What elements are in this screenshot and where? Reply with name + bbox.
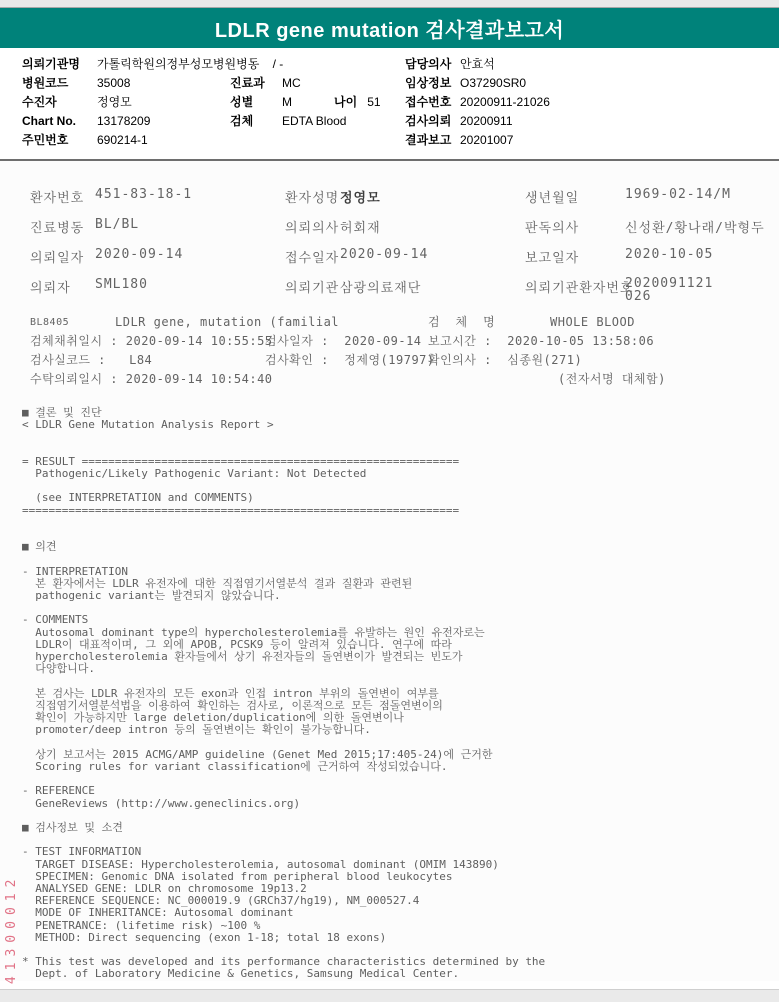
hospital-info-row: Chart No. 13178209 검체 EDTA Blood 검사의뢰 20… xyxy=(22,112,779,131)
field-label-patient-name: 환자성명 xyxy=(285,187,340,206)
test-date: 검사일자 : 2020-09-14 xyxy=(265,332,428,351)
field-label-specimen: 검체 xyxy=(230,112,282,131)
field-label-result-report-date: 결과보고 xyxy=(405,131,460,150)
field-label-referring-doctor: 의뢰의사 xyxy=(285,217,340,236)
hospital-info-row: 병원코드 35008 진료과 MC 임상정보 O37290SR0 xyxy=(22,74,779,93)
field-label-verify: 검사확인 : xyxy=(265,353,329,367)
field-label-collect: 검체채취일시 : xyxy=(30,334,118,348)
field-label-request: 수탁의뢰일시 : xyxy=(30,372,118,386)
field-value-institution-patient-no: 2020091121026 xyxy=(625,277,715,303)
field-value-hospital-code: 35008 xyxy=(97,74,230,93)
field-label-receipt-date: 접수일자 xyxy=(285,247,340,266)
field-value-receipt-no: 20200911-21026 xyxy=(460,93,779,112)
hospital-info-row: 수진자 정영모 성별 M나이51 접수번호 20200911-21026 xyxy=(22,93,779,112)
field-value-age: 51 xyxy=(367,95,380,109)
field-value-verify: 정제영(19797) xyxy=(344,353,434,367)
field-value-patient-name: 정영모 xyxy=(340,187,525,206)
field-label-report-time: 보고시간 : xyxy=(428,334,492,348)
field-label-test-request-date: 검사의뢰 xyxy=(405,112,460,131)
patient-info-section: 환자번호 451-83-18-1 환자성명 정영모 생년월일 1969-02-1… xyxy=(0,161,779,307)
patient-info-row: 의뢰자 SML180 의뢰기관 삼광의료재단 의뢰기관환자번호 20200911… xyxy=(30,277,779,307)
field-value-referring-doctor: 허회재 xyxy=(340,217,525,236)
field-label-attending-doctor: 담당의사 xyxy=(405,55,460,74)
field-value-requesting-institution: 삼광의료재단 xyxy=(340,277,525,296)
accession-number-vertical: 541300012 xyxy=(4,874,19,998)
field-label-sex: 성별 xyxy=(230,93,282,112)
field-label-requesting-institution: 의뢰기관 xyxy=(285,277,340,296)
field-value-collect: 2020-09-14 10:55:55 xyxy=(126,334,273,348)
field-value-requester: SML180 xyxy=(95,277,285,292)
field-label-ward: 진료병동 xyxy=(30,217,95,236)
field-label-resident-no: 주민번호 xyxy=(22,131,97,150)
field-label-test-date: 검사일자 : xyxy=(265,334,329,348)
specimen-row: 검체채취일시 : 2020-09-14 10:55:55 검사일자 : 2020… xyxy=(30,332,779,351)
field-value-ward: BL/BL xyxy=(95,217,285,232)
field-value-confirm: 심종원(271) xyxy=(507,353,582,367)
field-value-examinee: 정영모 xyxy=(97,93,230,112)
report-title-banner: LDLR gene mutation 검사결과보고서 xyxy=(0,8,779,48)
field-label-sample-name: 검 체 명 xyxy=(428,313,550,332)
field-value-birth-date: 1969-02-14/M xyxy=(625,187,779,202)
field-label-request-date: 의뢰일자 xyxy=(30,247,95,266)
field-label-examinee: 수진자 xyxy=(22,93,97,112)
field-value-test-request-date: 20200911 xyxy=(460,112,779,131)
field-label-hospital-code: 병원코드 xyxy=(22,74,97,93)
field-value-request: 2020-09-14 10:54:40 xyxy=(126,372,273,386)
patient-info-row: 진료병동 BL/BL 의뢰의사 허회재 판독의사 신성환/황나래/박형두 xyxy=(30,217,779,247)
field-label-lab-code: 검사실코드 : xyxy=(30,353,106,367)
field-label-age: 나이 xyxy=(334,95,357,109)
field-label-clinical-info: 임상정보 xyxy=(405,74,460,93)
field-value-sample-name: WHOLE BLOOD xyxy=(550,313,779,332)
field-value-chart-no: 13178209 xyxy=(97,112,230,131)
report-time: 보고시간 : 2020-10-05 13:58:06 xyxy=(428,332,779,351)
page-title: LDLR gene mutation 검사결과보고서 xyxy=(215,14,564,43)
field-value-report-time: 2020-10-05 13:58:06 xyxy=(507,334,654,348)
field-value-reading-doctor: 신성환/황나래/박형두 xyxy=(625,217,779,236)
outsourcing-request-datetime: 수탁의뢰일시 : 2020-09-14 10:54:40 xyxy=(30,370,428,389)
field-label-institution-patient-no: 의뢰기관환자번호 xyxy=(525,277,625,296)
field-value-resident-no: 690214-1 xyxy=(97,131,230,150)
confirming-doctor: 확인의사 : 심종원(271) xyxy=(428,351,779,370)
scanned-report-area: 환자번호 451-83-18-1 환자성명 정영모 생년월일 1969-02-1… xyxy=(0,161,779,981)
lab-code: 검사실코드 : L84 xyxy=(30,351,265,370)
field-value-specimen: EDTA Blood xyxy=(282,112,405,131)
field-value-sex: M xyxy=(282,95,292,109)
field-label-report-date: 보고일자 xyxy=(525,247,625,266)
hospital-info-section: 의뢰기관명 가톨릭학원의정부성모병원병동 / - 담당의사 안효석 병원코드 3… xyxy=(0,48,779,155)
specimen-row: 검사실코드 : L84 검사확인 : 정제영(19797) 확인의사 : 심종원… xyxy=(30,351,779,370)
field-value-attending-doctor: 안효석 xyxy=(460,55,779,74)
specimen-section: BL8405 LDLR gene, mutation (familial 검 체… xyxy=(0,307,779,389)
bottom-strip xyxy=(0,989,779,1002)
report-body-text: ■ 결론 및 진단 < LDLR Gene Mutation Analysis … xyxy=(0,389,779,981)
electronic-signature-note: (전자서명 대체함) xyxy=(428,370,779,389)
field-value-report-date: 2020-10-05 xyxy=(625,247,779,262)
specimen-row: BL8405 LDLR gene, mutation (familial 검 체… xyxy=(30,313,779,332)
field-value-patient-no: 451-83-18-1 xyxy=(95,187,285,202)
field-label-chart-no: Chart No. xyxy=(22,112,97,131)
field-label-patient-no: 환자번호 xyxy=(30,187,95,206)
field-value-test-date: 2020-09-14 xyxy=(344,334,421,348)
field-label-birth-date: 생년월일 xyxy=(525,187,625,206)
field-value-lab-code: L84 xyxy=(129,353,152,367)
field-label-requesting-org: 의뢰기관명 xyxy=(22,55,97,74)
field-value-request-date: 2020-09-14 xyxy=(95,247,285,262)
field-value-requesting-org: 가톨릭학원의정부성모병원병동 / - xyxy=(97,55,405,74)
top-strip xyxy=(0,0,779,8)
patient-info-row: 환자번호 451-83-18-1 환자성명 정영모 생년월일 1969-02-1… xyxy=(30,187,779,217)
test-verifier: 검사확인 : 정제영(19797) xyxy=(265,351,428,370)
field-label-reading-doctor: 판독의사 xyxy=(525,217,625,236)
field-label-department: 진료과 xyxy=(230,74,282,93)
specimen-row: 수탁의뢰일시 : 2020-09-14 10:54:40 (전자서명 대체함) xyxy=(30,370,779,389)
field-label-receipt-no: 접수번호 xyxy=(405,93,460,112)
field-label-confirm: 확인의사 : xyxy=(428,353,492,367)
field-value-result-report-date: 20201007 xyxy=(460,131,779,150)
field-value-sex-age: M나이51 xyxy=(282,93,405,112)
test-code: BL8405 xyxy=(30,313,115,332)
hospital-info-row: 주민번호 690214-1 결과보고 20201007 xyxy=(22,131,779,150)
collect-datetime: 검체채취일시 : 2020-09-14 10:55:55 xyxy=(30,332,265,351)
field-value-department: MC xyxy=(282,74,405,93)
field-value-receipt-date: 2020-09-14 xyxy=(340,247,525,262)
hospital-info-row: 의뢰기관명 가톨릭학원의정부성모병원병동 / - 담당의사 안효석 xyxy=(22,55,779,74)
patient-info-row: 의뢰일자 2020-09-14 접수일자 2020-09-14 보고일자 202… xyxy=(30,247,779,277)
field-label-requester: 의뢰자 xyxy=(30,277,95,296)
test-name: LDLR gene, mutation (familial xyxy=(115,313,428,332)
field-value-clinical-info: O37290SR0 xyxy=(460,74,779,93)
